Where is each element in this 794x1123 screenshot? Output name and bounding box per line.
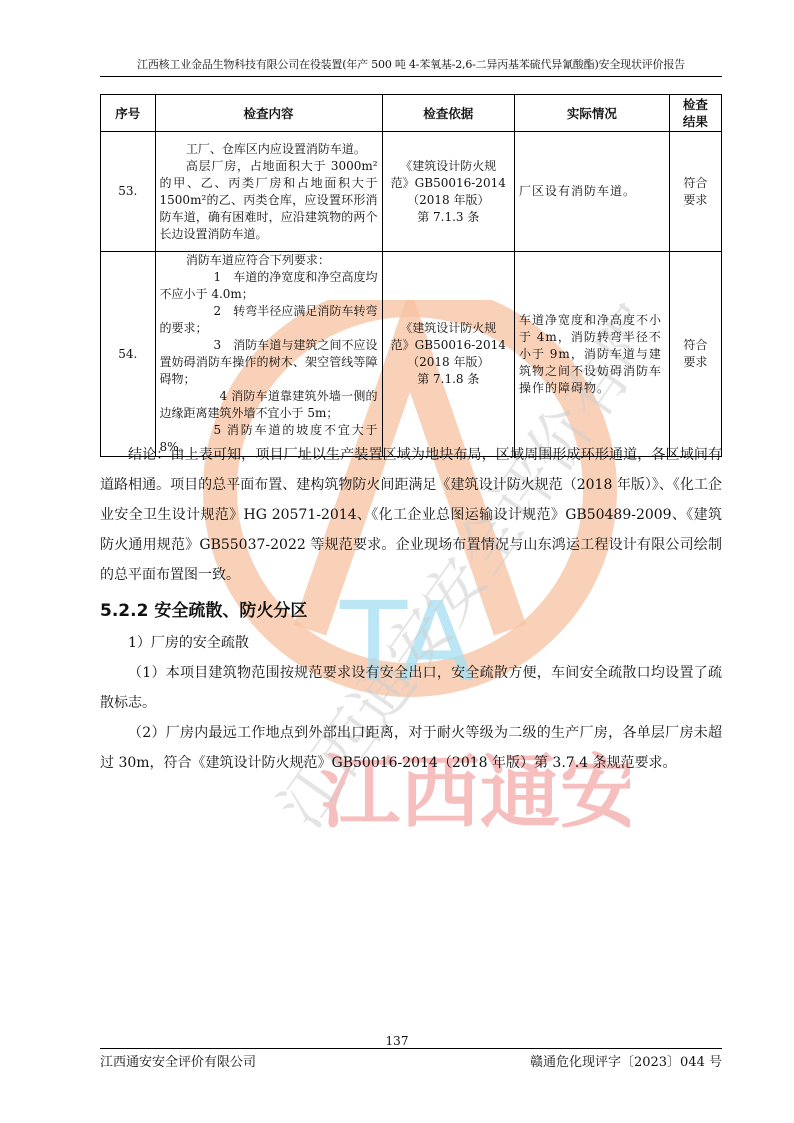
header-no: 序号 (101, 95, 156, 132)
header-basis: 检查依据 (382, 95, 514, 132)
table-header-row: 序号 检查内容 检查依据 实际情况 检查 结果 (101, 95, 722, 132)
row-result: 符合 要求 (669, 252, 721, 457)
section-heading: 5.2.2 安全疏散、防火分区 (100, 596, 307, 621)
header-result: 检查 结果 (669, 95, 721, 132)
row-no: 53. (101, 132, 156, 252)
table-row: 54. 消防车道应符合下列要求： 1 车道的净宽度和净空高度均不应小于 4.0m… (101, 252, 722, 457)
subheading: 1）厂房的安全疏散 (100, 628, 722, 658)
row-basis: 《建筑设计防火规 范》GB50016-2014 （2018 年版） 第 7.1.… (382, 132, 514, 252)
inspection-table: 序号 检查内容 检查依据 实际情况 检查 结果 53. 工厂、仓库区内应设置消防… (100, 94, 722, 457)
row-actual: 厂区设有消防车道。 (514, 132, 669, 252)
row-no: 54. (101, 252, 156, 457)
page-number: 137 (0, 1034, 794, 1048)
page-header: 江西核工业金品生物科技有限公司在役装置(年产 500 吨 4-苯氧基-2,6-二… (100, 56, 722, 77)
row-content: 工厂、仓库区内应设置消防车道。 高层厂房，占地面积大于 3000m² 的甲、乙、… (155, 132, 382, 252)
footer-doc-number: 赣通危化现评字〔2023〕044 号 (530, 1051, 722, 1070)
table-row: 53. 工厂、仓库区内应设置消防车道。 高层厂房，占地面积大于 3000m² 的… (101, 132, 722, 252)
row-result: 符合 要求 (669, 132, 721, 252)
row-actual: 车道净宽度和净高度不小于 4m，消防转弯半径不小于 9m，消防车道与建筑物之间不… (514, 252, 669, 457)
header-content: 检查内容 (155, 95, 382, 132)
footer-company: 江西通安安全评价有限公司 (100, 1051, 256, 1070)
page-footer: 江西通安安全评价有限公司 赣通危化现评字〔2023〕044 号 (100, 1048, 722, 1070)
row-content: 消防车道应符合下列要求： 1 车道的净宽度和净空高度均不应小于 4.0m； 2 … (155, 252, 382, 457)
paragraph-1: （1）本项目建筑物范围按规范要求设有安全出口，安全疏散方便，车间安全疏散口均设置… (100, 658, 722, 718)
header-actual: 实际情况 (514, 95, 669, 132)
section-body: 1）厂房的安全疏散 （1）本项目建筑物范围按规范要求设有安全出口，安全疏散方便，… (100, 628, 722, 778)
conclusion-paragraph: 结论：由上表可知，项目厂址以生产装置区域为地块布局，区域周围形成环形通道，各区域… (100, 440, 722, 590)
row-basis: 《建筑设计防火规 范》GB50016-2014 （2018 年版） 第 7.1.… (382, 252, 514, 457)
paragraph-2: （2）厂房内最远工作地点到外部出口距离，对于耐火等级为二级的生产厂房，各单层厂房… (100, 718, 722, 778)
